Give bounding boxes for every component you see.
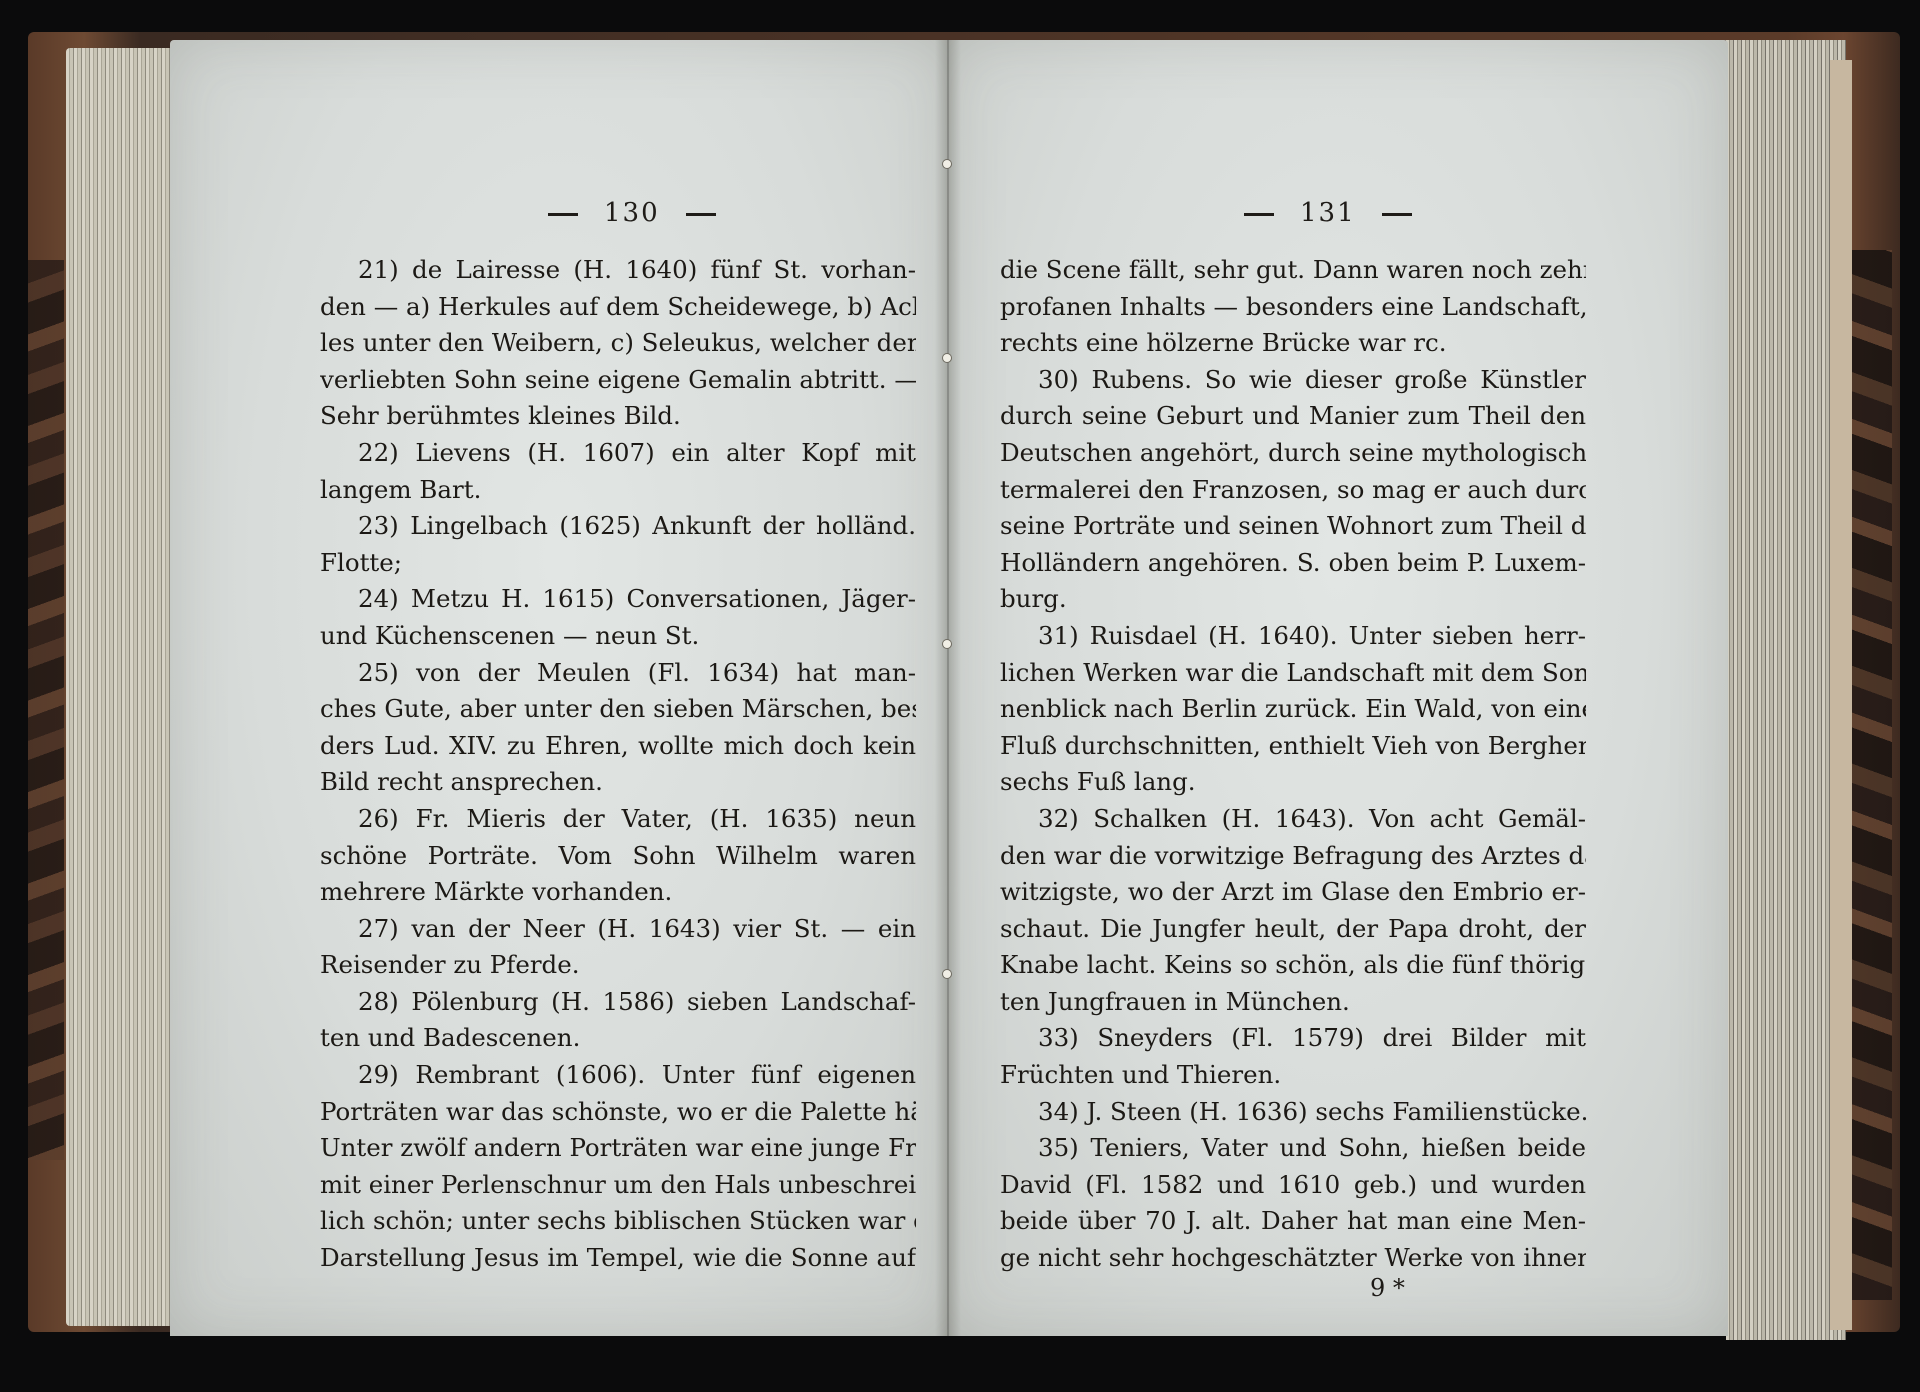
- text-line: schaut. Die Jungfer heult, der Papa droh…: [1000, 911, 1586, 948]
- text-line: sechs Fuß lang.: [1000, 764, 1586, 801]
- text-line: 32) Schalken (H. 1643). Von acht Gemäl-: [1000, 801, 1586, 838]
- binding-stitch: [943, 160, 951, 168]
- signature-mark: 9 *: [1370, 1274, 1405, 1302]
- text-line: ge nicht sehr hochgeschätzter Werke von …: [1000, 1240, 1586, 1277]
- text-line: Fluß durchschnitten, enthielt Vieh von B…: [1000, 728, 1586, 765]
- page-number-text: 131: [1300, 198, 1356, 228]
- page-number-text: 130: [604, 198, 660, 228]
- text-line: profanen Inhalts — besonders eine Landsc…: [1000, 289, 1586, 326]
- text-line: und Küchenscenen — neun St.: [320, 618, 916, 655]
- dash-decoration: [686, 213, 716, 216]
- text-line: durch seine Geburt und Manier zum Theil …: [1000, 398, 1586, 435]
- text-line: 26) Fr. Mieris der Vater, (H. 1635) neun: [320, 801, 916, 838]
- text-line: termalerei den Franzosen, so mag er auch…: [1000, 472, 1586, 509]
- text-line: mehrere Märkte vorhanden.: [320, 874, 916, 911]
- page-edges-left: [66, 48, 184, 1326]
- left-page-text: 21) de Lairesse (H. 1640) fünf St. vorha…: [320, 252, 916, 1277]
- text-line: die Scene fällt, sehr gut. Dann waren no…: [1000, 252, 1586, 289]
- text-line: les unter den Weibern, c) Seleukus, welc…: [320, 325, 916, 362]
- right-page-text: die Scene fällt, sehr gut. Dann waren no…: [1000, 252, 1586, 1277]
- page-edges-right: [1726, 40, 1846, 1340]
- marbled-board-left: [28, 260, 64, 1160]
- text-line: Bild recht ansprechen.: [320, 764, 916, 801]
- text-line: Unter zwölf andern Porträten war eine ju…: [320, 1130, 916, 1167]
- text-line: Früchten und Thieren.: [1000, 1057, 1586, 1094]
- text-line: 24) Metzu H. 1615) Conversationen, Jäger…: [320, 581, 916, 618]
- marbled-board-right: [1852, 250, 1892, 1300]
- text-line: Holländern angehören. S. oben beim P. Lu…: [1000, 545, 1586, 582]
- binding-stitch: [943, 354, 951, 362]
- dash-decoration: [1382, 213, 1412, 216]
- text-line: 27) van der Neer (H. 1643) vier St. — ei…: [320, 911, 916, 948]
- text-line: ders Lud. XIV. zu Ehren, wollte mich doc…: [320, 728, 916, 765]
- text-line: 34) J. Steen (H. 1636) sechs Familienstü…: [1000, 1094, 1586, 1131]
- text-line: langem Bart.: [320, 472, 916, 509]
- text-line: beide über 70 J. alt. Daher hat man eine…: [1000, 1203, 1586, 1240]
- text-line: den — a) Herkules auf dem Scheidewege, b…: [320, 289, 916, 326]
- text-line: 29) Rembrant (1606). Unter fünf eigenen: [320, 1057, 916, 1094]
- text-line: schöne Porträte. Vom Sohn Wilhelm waren: [320, 838, 916, 875]
- page-number-left: 130: [522, 198, 742, 228]
- text-line: David (Fl. 1582 und 1610 geb.) und wurde…: [1000, 1167, 1586, 1204]
- text-line: mit einer Perlenschnur um den Hals unbes…: [320, 1167, 916, 1204]
- text-line: den war die vorwitzige Befragung des Arz…: [1000, 838, 1586, 875]
- text-line: Flotte;: [320, 545, 916, 582]
- dash-decoration: [1244, 213, 1274, 216]
- binding-stitch: [943, 970, 951, 978]
- text-line: seine Porträte und seinen Wohnort zum Th…: [1000, 508, 1586, 545]
- text-line: ten Jungfrauen in München.: [1000, 984, 1586, 1021]
- text-line: ches Gute, aber unter den sieben Märsche…: [320, 691, 916, 728]
- left-page: 130 21) de Lairesse (H. 1640) fünf St. v…: [170, 40, 948, 1336]
- text-line: verliebten Sohn seine eigene Gemalin abt…: [320, 362, 916, 399]
- dash-decoration: [548, 213, 578, 216]
- text-line: lichen Werken war die Landschaft mit dem…: [1000, 655, 1586, 692]
- text-line: nenblick nach Berlin zurück. Ein Wald, v…: [1000, 691, 1586, 728]
- text-line: Darstellung Jesus im Tempel, wie die Son…: [320, 1240, 916, 1277]
- text-line: 22) Lievens (H. 1607) ein alter Kopf mit: [320, 435, 916, 472]
- text-line: Deutschen angehört, durch seine mytholog…: [1000, 435, 1586, 472]
- text-line: 25) von der Meulen (Fl. 1634) hat man-: [320, 655, 916, 692]
- text-line: 35) Teniers, Vater und Sohn, hießen beid…: [1000, 1130, 1586, 1167]
- text-line: 31) Ruisdael (H. 1640). Unter sieben her…: [1000, 618, 1586, 655]
- endpaper-strip: [1830, 60, 1852, 1330]
- text-line: Porträten war das schönste, wo er die Pa…: [320, 1094, 916, 1131]
- text-line: 28) Pölenburg (H. 1586) sieben Landschaf…: [320, 984, 916, 1021]
- binding-stitch: [943, 640, 951, 648]
- text-line: witzigste, wo der Arzt im Glase den Embr…: [1000, 874, 1586, 911]
- right-page: 131 die Scene fällt, sehr gut. Dann ware…: [948, 40, 1728, 1336]
- text-line: Knabe lacht. Keins so schön, als die fün…: [1000, 947, 1586, 984]
- text-line: 33) Sneyders (Fl. 1579) drei Bilder mit: [1000, 1020, 1586, 1057]
- text-line: lich schön; unter sechs biblischen Stück…: [320, 1203, 916, 1240]
- text-line: Reisender zu Pferde.: [320, 947, 916, 984]
- text-line: 21) de Lairesse (H. 1640) fünf St. vorha…: [320, 252, 916, 289]
- text-line: burg.: [1000, 581, 1586, 618]
- text-line: 23) Lingelbach (1625) Ankunft der hollän…: [320, 508, 916, 545]
- page-number-right: 131: [1218, 198, 1438, 228]
- text-line: rechts eine hölzerne Brücke war rc.: [1000, 325, 1586, 362]
- text-line: 30) Rubens. So wie dieser große Künstler: [1000, 362, 1586, 399]
- gutter: [935, 40, 961, 1336]
- text-line: Sehr berühmtes kleines Bild.: [320, 398, 916, 435]
- text-line: ten und Badescenen.: [320, 1020, 916, 1057]
